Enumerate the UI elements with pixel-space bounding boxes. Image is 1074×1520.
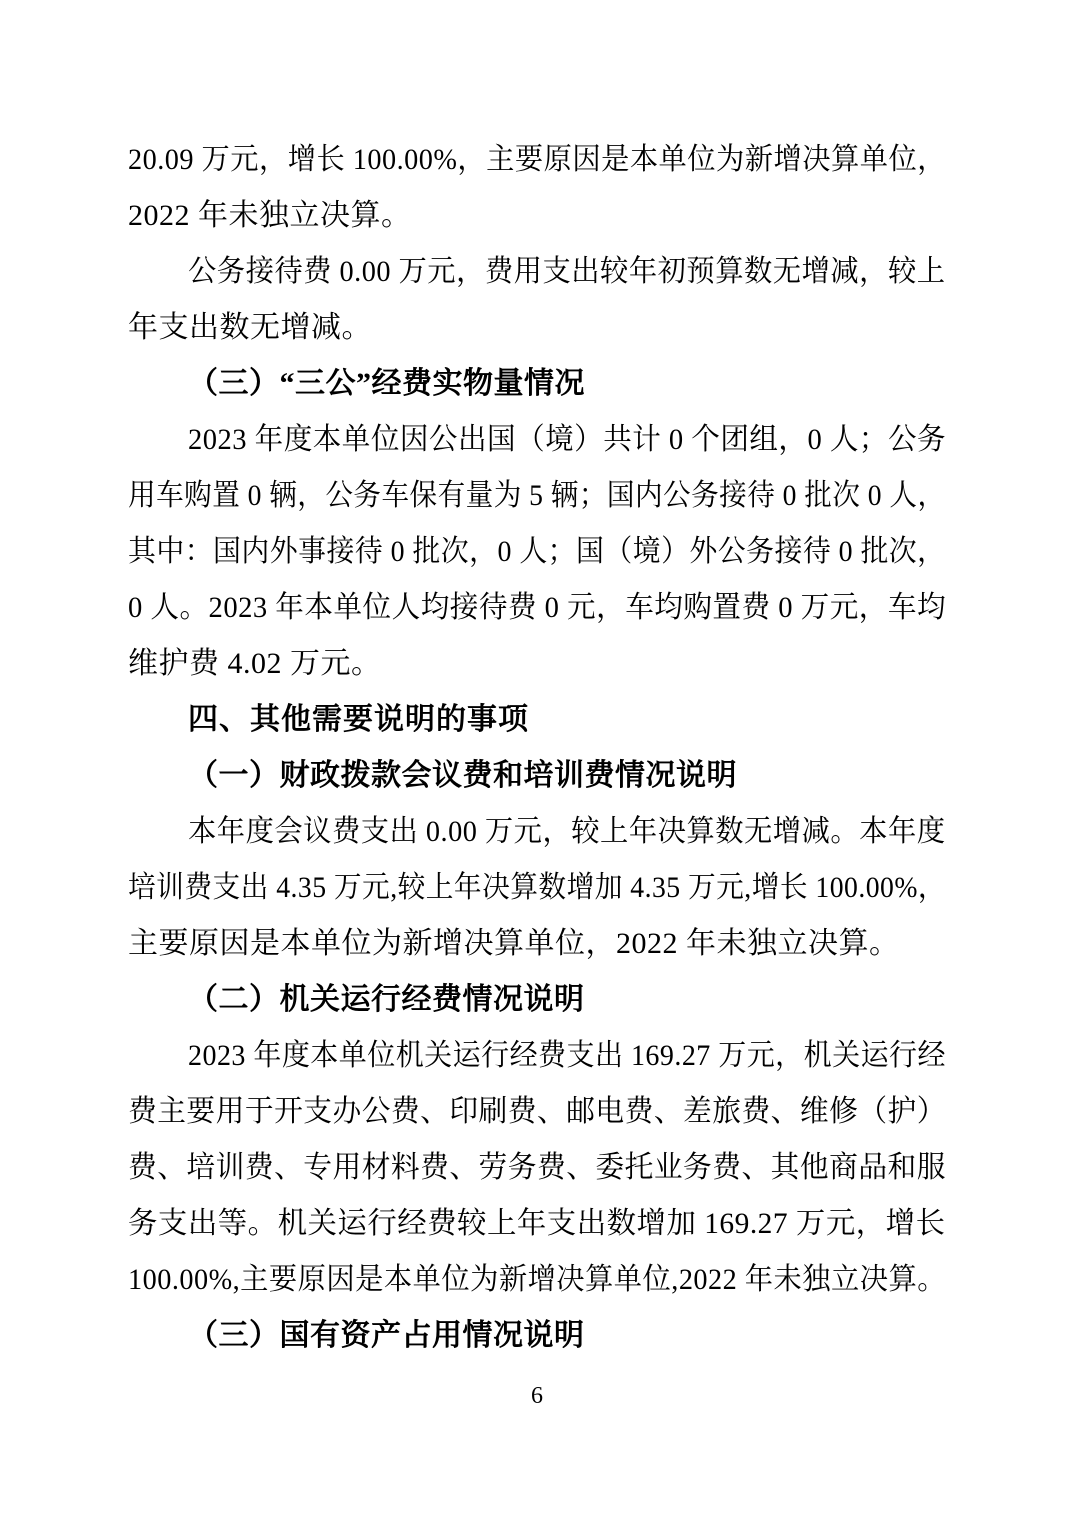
heading-state-owned-assets: （三）国有资产占用情况说明	[128, 1308, 946, 1364]
body-line: 维护费 4.02 万元。	[128, 636, 946, 692]
heading-sangong-physical-quantity: （三）“三公”经费实物量情况	[128, 356, 946, 412]
body-line: 费主要用于开支办公费、印刷费、邮电费、差旅费、维修（护）	[128, 1084, 946, 1140]
body-line: 务支出等。机关运行经费较上年支出数增加 169.27 万元，增长	[128, 1196, 946, 1252]
body-line: 2023 年度本单位机关运行经费支出 169.27 万元，机关运行经	[128, 1028, 946, 1084]
line-text: 2023 年度本单位因公出国（境）共计 0 个团组，0 人；公务	[188, 412, 946, 468]
line-text: 2022 年未独立决算。	[128, 188, 412, 244]
body-line: 培训费支出 4.35 万元,较上年决算数增加 4.35 万元,增长 100.00…	[128, 860, 946, 916]
line-text: 主要原因是本单位为新增决算单位，2022 年未独立决算。	[128, 916, 900, 972]
body-line: 年支出数无增减。	[128, 300, 946, 356]
page-number: 6	[0, 1380, 1074, 1412]
heading-agency-operating-expenses: （二）机关运行经费情况说明	[128, 972, 946, 1028]
line-text: 2023 年度本单位机关运行经费支出 169.27 万元，机关运行经	[188, 1028, 946, 1084]
body-line: 用车购置 0 辆，公务车保有量为 5 辆；国内公务接待 0 批次 0 人，	[128, 468, 946, 524]
line-text: 20.09 万元，增长 100.00%，主要原因是本单位为新增决算单位，	[128, 132, 946, 188]
body-line: 公务接待费 0.00 万元，费用支出较年初预算数无增减，较上	[128, 244, 946, 300]
heading-other-matters: 四、其他需要说明的事项	[128, 692, 946, 748]
heading-text: 四、其他需要说明的事项	[188, 692, 529, 748]
body-line: 主要原因是本单位为新增决算单位，2022 年未独立决算。	[128, 916, 946, 972]
line-text: 100.00%,主要原因是本单位为新增决算单位,2022 年未独立决算。	[128, 1252, 946, 1308]
line-text: 培训费支出 4.35 万元,较上年决算数增加 4.35 万元,增长 100.00…	[128, 860, 946, 916]
heading-text: （一）财政拨款会议费和培训费情况说明	[188, 748, 737, 804]
body-line: 0 人。2023 年本单位人均接待费 0 元，车均购置费 0 万元，车均	[128, 580, 946, 636]
line-text: 务支出等。机关运行经费较上年支出数增加 169.27 万元，增长	[128, 1196, 945, 1252]
line-text: 本年度会议费支出 0.00 万元，较上年决算数无增减。本年度	[188, 804, 946, 860]
body-line: 费、培训费、专用材料费、劳务费、委托业务费、其他商品和服	[128, 1140, 946, 1196]
line-text: 其中：国内外事接待 0 批次，0 人；国（境）外公务接待 0 批次，	[128, 524, 945, 580]
document-body: 20.09 万元，增长 100.00%，主要原因是本单位为新增决算单位， 202…	[128, 132, 946, 1364]
body-line: 100.00%,主要原因是本单位为新增决算单位,2022 年未独立决算。	[128, 1252, 946, 1308]
heading-text: （二）机关运行经费情况说明	[188, 972, 585, 1028]
heading-text: （三）国有资产占用情况说明	[188, 1308, 585, 1364]
line-text: 费、培训费、专用材料费、劳务费、委托业务费、其他商品和服	[128, 1140, 946, 1196]
body-line: 2022 年未独立决算。	[128, 188, 946, 244]
line-text: 维护费 4.02 万元。	[128, 636, 382, 692]
body-line: 其中：国内外事接待 0 批次，0 人；国（境）外公务接待 0 批次，	[128, 524, 946, 580]
body-line: 2023 年度本单位因公出国（境）共计 0 个团组，0 人；公务	[128, 412, 946, 468]
line-text: 0 人。2023 年本单位人均接待费 0 元，车均购置费 0 万元，车均	[128, 580, 946, 636]
heading-text: （三）“三公”经费实物量情况	[188, 356, 585, 412]
body-line: 本年度会议费支出 0.00 万元，较上年决算数无增减。本年度	[128, 804, 946, 860]
line-text: 公务接待费 0.00 万元，费用支出较年初预算数无增减，较上	[188, 244, 946, 300]
line-text: 用车购置 0 辆，公务车保有量为 5 辆；国内公务接待 0 批次 0 人，	[128, 468, 946, 524]
line-text: 费主要用于开支办公费、印刷费、邮电费、差旅费、维修（护）	[128, 1084, 946, 1140]
heading-meeting-training-fees: （一）财政拨款会议费和培训费情况说明	[128, 748, 946, 804]
body-line: 20.09 万元，增长 100.00%，主要原因是本单位为新增决算单位，	[128, 132, 946, 188]
line-text: 年支出数无增减。	[128, 300, 372, 356]
document-page: 20.09 万元，增长 100.00%，主要原因是本单位为新增决算单位， 202…	[0, 0, 1074, 1520]
